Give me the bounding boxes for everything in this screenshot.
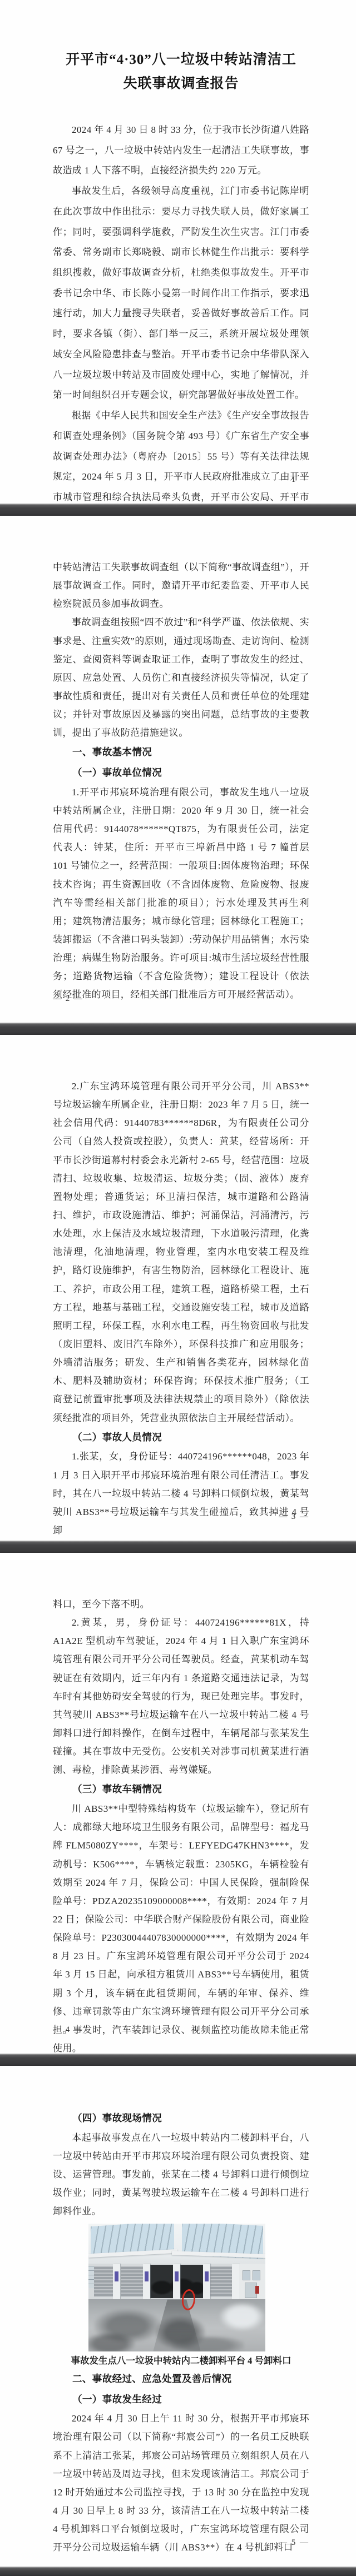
- subsection-heading: （四）事故现场情况: [53, 2108, 309, 2129]
- section-heading: 二、事故经过、应急处置及善后情况: [53, 2369, 309, 2389]
- section-heading: 一、事故基本情况: [53, 742, 309, 763]
- paragraph: 2024 年 4 月 30 日上午 11 时 30 分，根据开平市邦宸环境治理有…: [53, 2409, 309, 2557]
- side-wall: [239, 2264, 265, 2299]
- window: [243, 2270, 250, 2280]
- window: [253, 2270, 260, 2280]
- roller-door: [121, 2266, 144, 2297]
- page-separator: [0, 2054, 356, 2066]
- wet-floor: [88, 2299, 265, 2351]
- subsection-heading: （二）事故人员情况: [53, 1427, 309, 1448]
- page-4: 料口，至今下落不明。 2.黄某，男，身份证号：440724196******81…: [0, 1553, 356, 2054]
- page-separator: [0, 1023, 356, 1035]
- page-5: （四）事故现场情况 本起事故事发点在八一垃圾中转站内二楼卸料平台，八一垃圾中转站…: [0, 2066, 356, 2567]
- page-separator: [0, 2567, 356, 2576]
- subsection-heading: （一）事故单位情况: [53, 763, 309, 783]
- page-number: — 1 —: [279, 475, 309, 485]
- column: [113, 2264, 120, 2299]
- column: [232, 2264, 239, 2299]
- page-number: — 5 —: [279, 2538, 309, 2548]
- paragraph: 事故发生后，各级领导高度重视，江门市委书记陈岸明在此次事故中作出批示：要尽力寻找…: [53, 181, 309, 406]
- bay-sign: [175, 2271, 179, 2281]
- photo-wall-bays: [88, 2264, 265, 2299]
- page-2: 中转站清洁工失联事故调查组（以下简称“事故调查组”），开展事故调查工作。同时，邀…: [0, 516, 356, 1023]
- page-1: 开平市“4·30”八一垃圾中转站清洁工 失联事故调查报告 2024 年 4 月 …: [0, 0, 356, 504]
- roller-door: [94, 2266, 114, 2297]
- report-title-line-2: 失联事故调查报告: [53, 72, 309, 96]
- page-number: — 4 —: [53, 2025, 83, 2035]
- subsection-heading: （一）事故发生经过: [53, 2389, 309, 2410]
- paragraph: 料口，至今下落不明。: [53, 1595, 309, 1613]
- page-3: 2.广东宝鸿环境管理有限公司开平分公司，川 ABS3**号垃圾运输车所属企业，注…: [0, 1035, 356, 1541]
- floor-reflection: [220, 2303, 264, 2330]
- roller-door: [209, 2266, 233, 2297]
- paragraph: 2.广东宝鸿环境管理有限公司开平分公司，川 ABS3**号垃圾运输车所属企业，注…: [53, 1077, 309, 1427]
- title-spacer: [53, 96, 309, 120]
- paragraph: 1.开平市邦宸环境治理有限公司，事故发生地八一垃圾中转站所属企业，注册日期：20…: [53, 783, 309, 1004]
- paragraph: 根据《中华人民共和国安全生产法》《生产安全事故报告和调查处理条例》（国务院令第 …: [53, 406, 309, 504]
- paragraph: 1.张某，女，身份证号：440724196******048，2023 年 1 …: [53, 1447, 309, 1539]
- paragraph: 中转站清洁工失联事故调查组（以下简称“事故调查组”），开展事故调查工作。同时，邀…: [53, 558, 309, 613]
- paragraph: 川 ABS3**中型特殊结构货车（垃圾运输车），登记所有人：成都绿大地环境卫生服…: [53, 1800, 309, 2054]
- photo-ceiling: [88, 2224, 265, 2265]
- bay-sign: [115, 2271, 118, 2281]
- page-number: — 2 —: [53, 994, 83, 1004]
- report-title-line-1: 开平市“4·30”八一垃圾中转站清洁工: [53, 48, 309, 72]
- fire-hydrant-box: [255, 2286, 259, 2294]
- column: [143, 2264, 150, 2299]
- paragraph: 本起事故事发点在八一垃圾中转站内二楼卸料平台，八一垃圾中转站由开平市邦宸环境治理…: [53, 2129, 309, 2221]
- accident-scene-photo: [88, 2224, 265, 2351]
- wet-patch: [88, 2333, 135, 2351]
- photo-caption: 事故发生点八一垃圾中转站内二楼卸料平台 4 号卸料口: [53, 2354, 309, 2368]
- bay-sign: [145, 2271, 149, 2281]
- column: [203, 2264, 210, 2299]
- subsection-heading: （三）事故车辆情况: [53, 1779, 309, 1800]
- paragraph: 2024 年 4 月 30 日 8 时 33 分，位于我市长沙街道八姓路 67 …: [53, 120, 309, 181]
- page-number: — 3 —: [279, 1512, 309, 1522]
- page-separator: [0, 504, 356, 516]
- report-document: 开平市“4·30”八一垃圾中转站清洁工 失联事故调查报告 2024 年 4 月 …: [0, 0, 356, 2576]
- left-window-strip: [88, 2266, 94, 2288]
- column: [173, 2264, 180, 2299]
- bay-sign: [205, 2271, 209, 2281]
- paragraph: 事故调查组按照“四不放过”和“科学严谨、依法依规、实事求是、注重实效”的原则，通…: [53, 613, 309, 742]
- page-separator: [0, 1541, 356, 1553]
- paragraph: 2.黄某，男，身份证号：440724196******81X，持 A1A2E 型…: [53, 1613, 309, 1779]
